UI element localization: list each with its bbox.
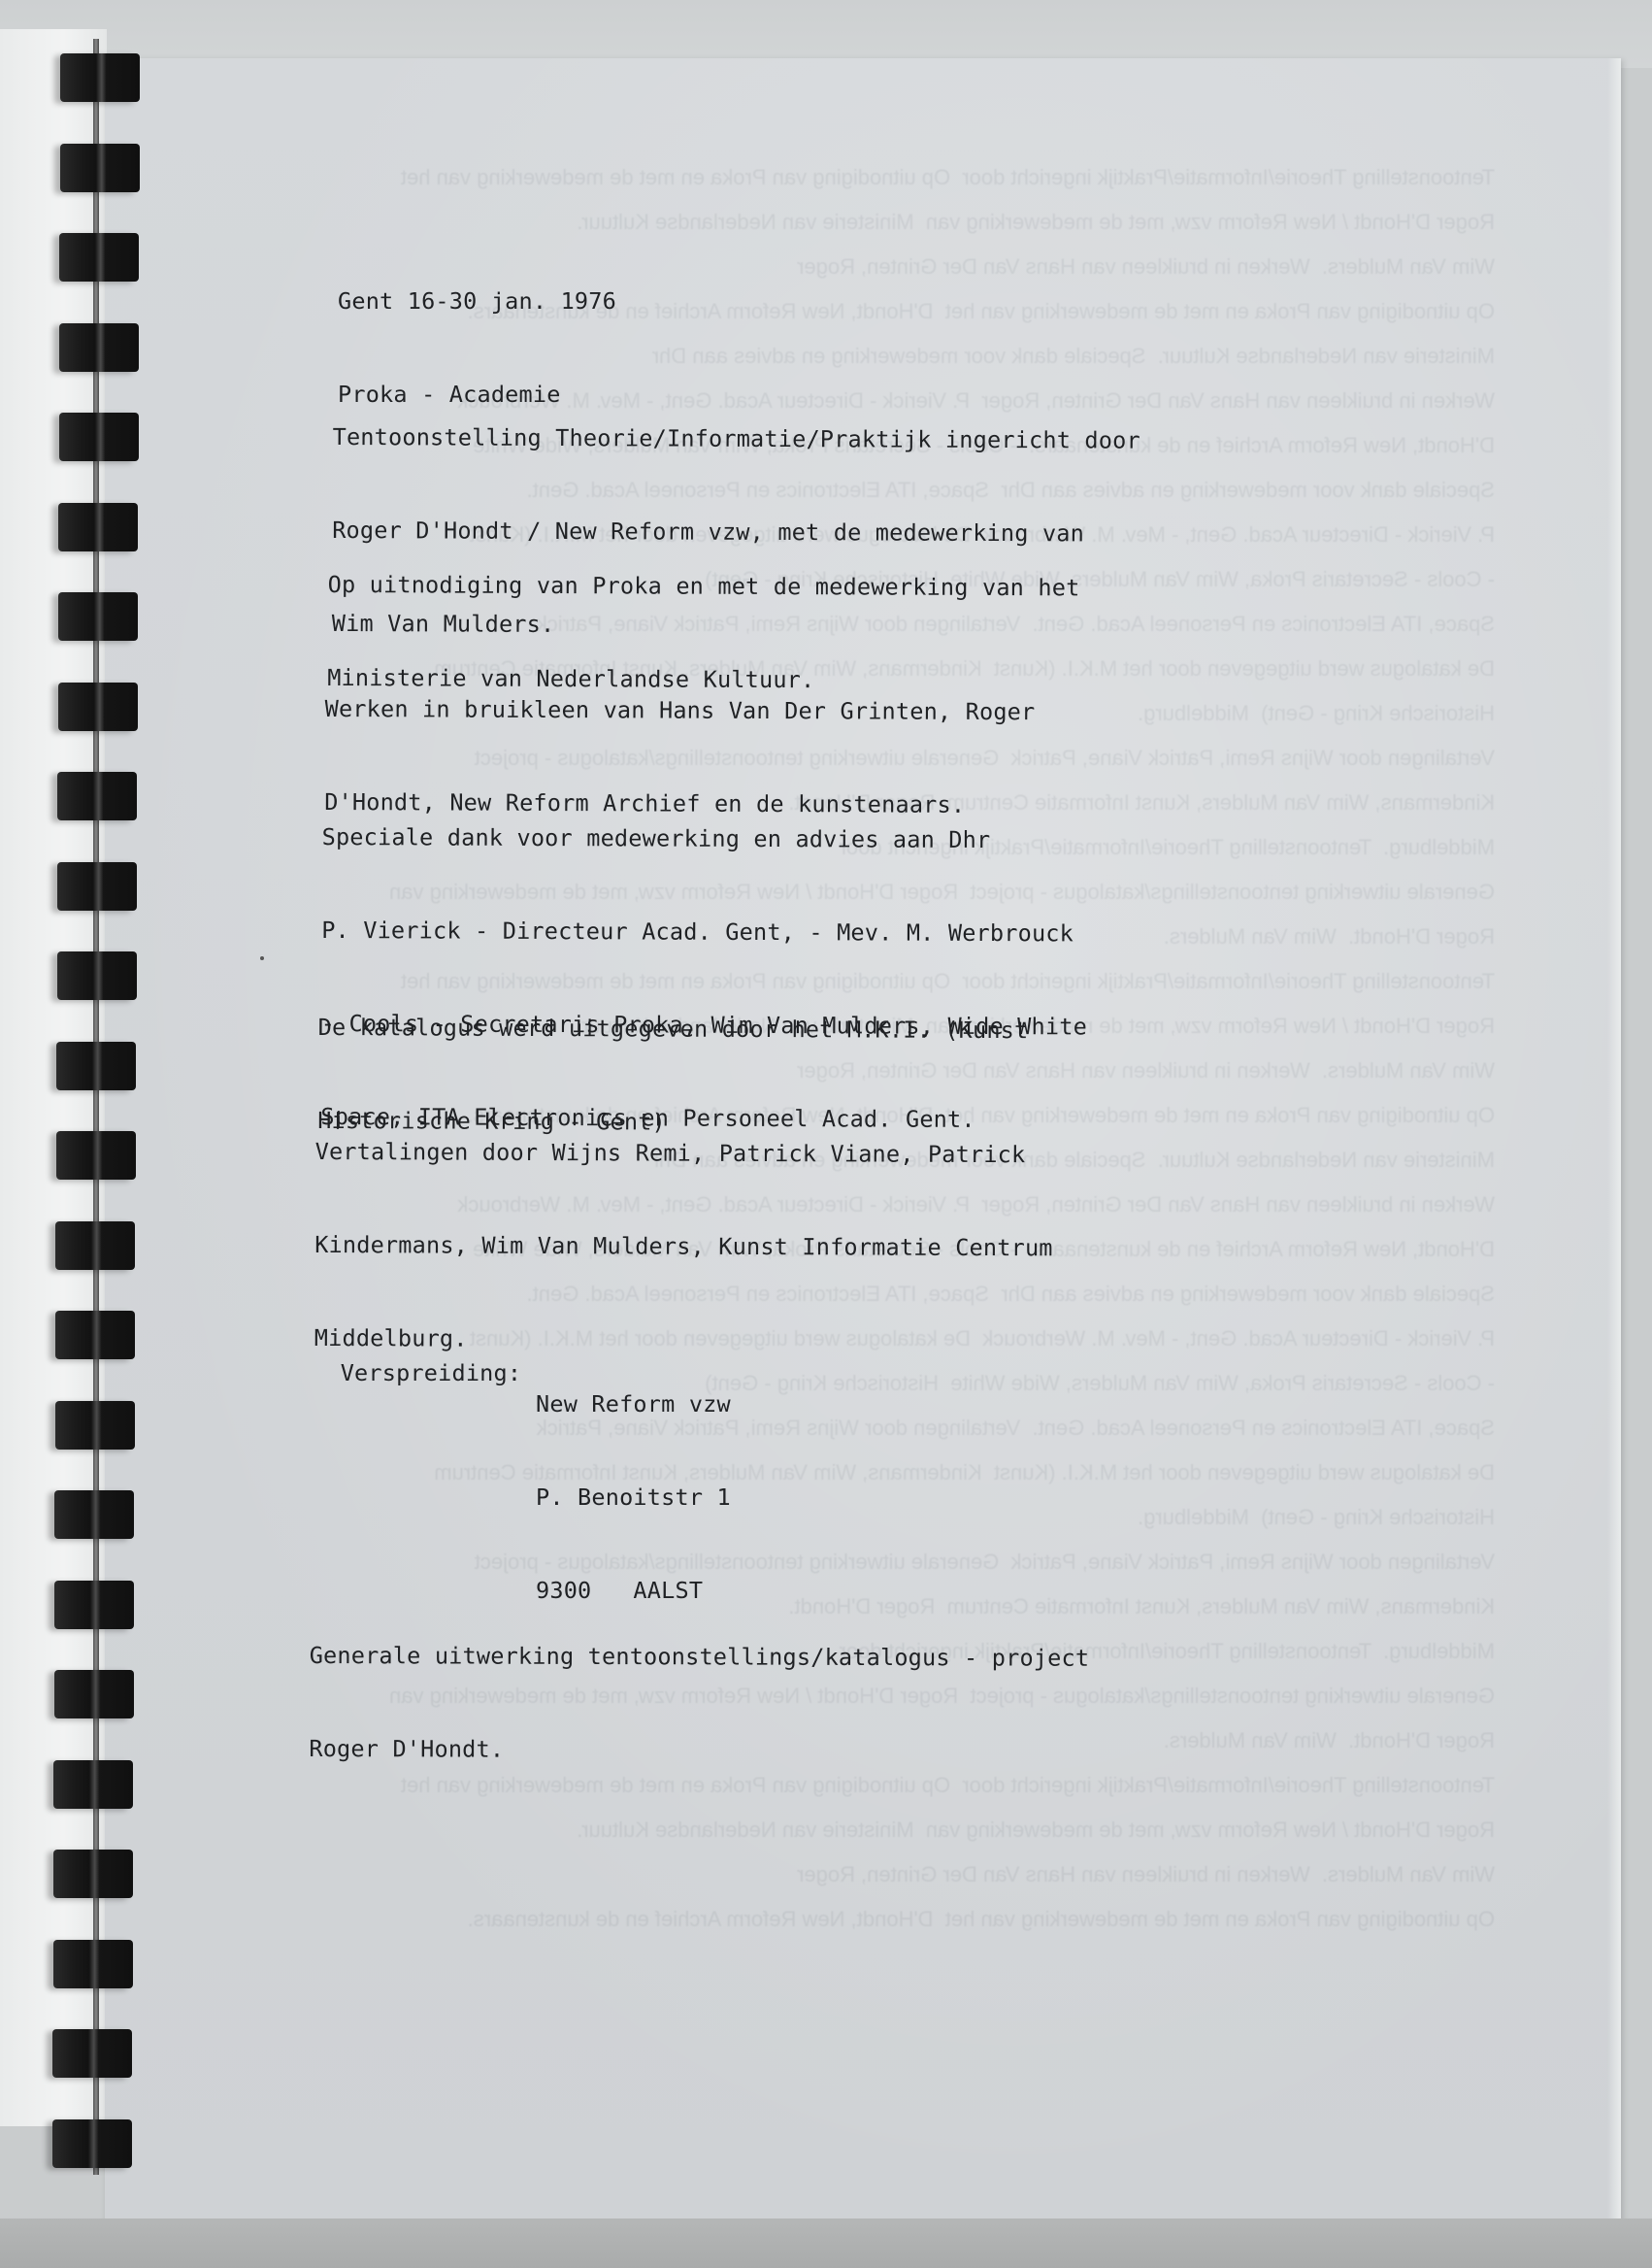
binding-ring (52, 2029, 132, 2078)
binding-ring (52, 2119, 132, 2168)
distribution-label: Verspreiding: (341, 1359, 522, 1386)
binding-ring (59, 413, 139, 461)
binding-ring (56, 1042, 136, 1090)
stray-mark (260, 956, 264, 960)
binding-ring (59, 233, 139, 282)
footer-block: Generale uitwerking tentoonstellings/kat… (309, 1578, 1089, 1798)
binding-ring (60, 53, 140, 102)
header-date: Gent 16-30 jan. 1976 (338, 285, 616, 317)
binding-ring (58, 592, 138, 641)
binding-ring (55, 1401, 135, 1450)
spiral-binding (39, 39, 146, 2175)
binding-ring (57, 862, 137, 911)
binding-ring (55, 1311, 135, 1359)
binding-ring (58, 503, 138, 551)
binding-ring (57, 772, 137, 820)
binding-ring (54, 1490, 134, 1539)
binding-ring (59, 323, 139, 372)
binding-ring (54, 1581, 134, 1629)
binding-ring (55, 1221, 135, 1270)
binding-ring (53, 1850, 133, 1898)
binding-ring (54, 1670, 134, 1718)
table-surface (0, 2218, 1652, 2268)
binding-ring (57, 951, 137, 1000)
distribution-org: New Reform vzw (536, 1388, 731, 1419)
binding-ring (56, 1131, 136, 1180)
distribution-street: P. Benoitstr 1 (536, 1482, 731, 1513)
binding-ring (53, 1760, 133, 1809)
binding-ring (53, 1940, 133, 1988)
binding-ring (60, 144, 140, 192)
distribution-block: Verspreiding: (313, 1326, 521, 1388)
binding-ring (58, 683, 138, 731)
page-edge (1607, 58, 1621, 2221)
